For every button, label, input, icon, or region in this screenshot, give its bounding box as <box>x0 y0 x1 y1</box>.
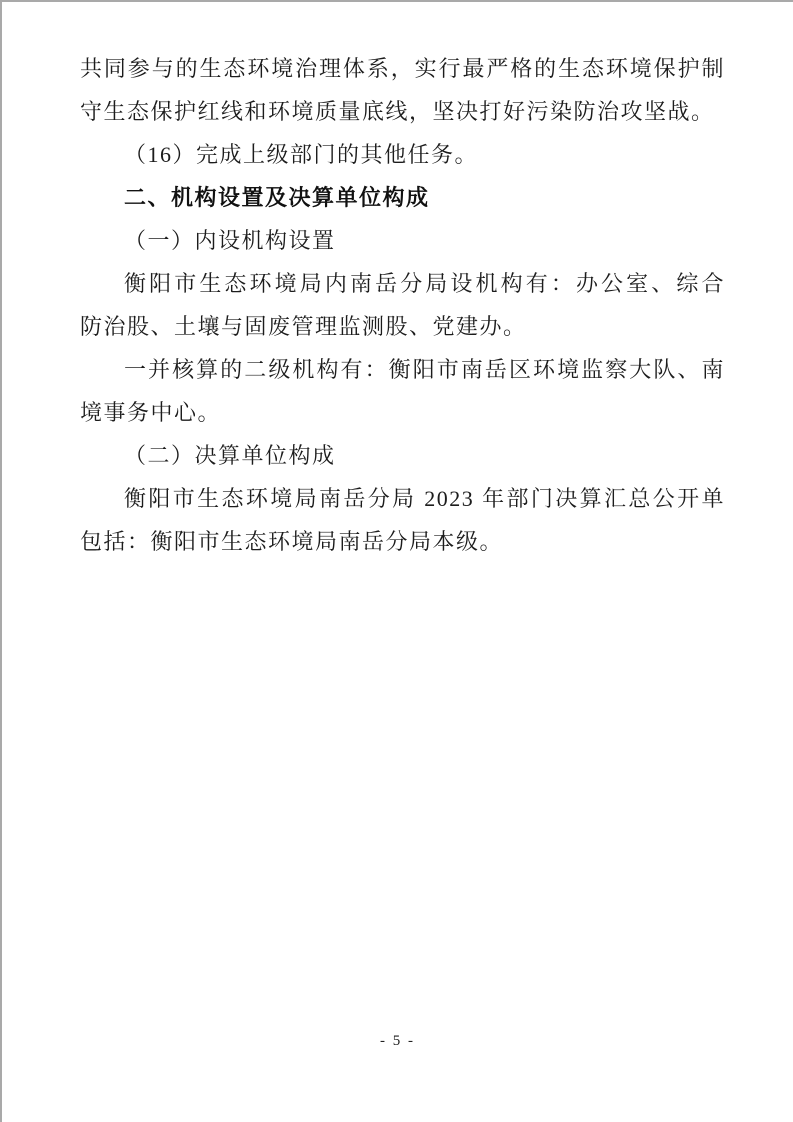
text-line: 衡阳市生态环境局内南岳分局设机构有：办公室、综合股、污染 <box>80 262 725 305</box>
page-footer: - 5 - <box>2 1032 793 1050</box>
text-line: 境事务中心。 <box>80 391 725 434</box>
paragraph: （一）内设机构设置 <box>80 219 725 262</box>
paragraph: 一并核算的二级机构有：衡阳市南岳区环境监察大队、南岳区环境事务中心。 <box>80 348 725 434</box>
text-line: 一并核算的二级机构有：衡阳市南岳区环境监察大队、南岳区环 <box>80 348 725 391</box>
text-line: 守生态保护红线和环境质量底线，坚决打好污染防治攻坚战。 <box>80 90 725 133</box>
text-line: （二）决算单位构成 <box>80 434 725 477</box>
text-line: （一）内设机构设置 <box>80 219 725 262</box>
text-line: 包括：衡阳市生态环境局南岳分局本级。 <box>80 520 725 563</box>
text-line: 二、机构设置及决算单位构成 <box>80 176 725 219</box>
document-page: 共同参与的生态环境治理体系，实行最严格的生态环境保护制度，严守生态保护红线和环境… <box>0 0 793 1122</box>
document-body: 共同参与的生态环境治理体系，实行最严格的生态环境保护制度，严守生态保护红线和环境… <box>80 47 725 563</box>
text-line: 共同参与的生态环境治理体系，实行最严格的生态环境保护制度，严 <box>80 47 725 90</box>
text-line: （16）完成上级部门的其他任务。 <box>80 133 725 176</box>
text-line: 衡阳市生态环境局南岳分局 2023 年部门决算汇总公开单位构成 <box>80 477 725 520</box>
paragraph: （16）完成上级部门的其他任务。 <box>80 133 725 176</box>
page-number: - 5 - <box>380 1033 415 1049</box>
paragraph: （二）决算单位构成 <box>80 434 725 477</box>
section-heading: 二、机构设置及决算单位构成 <box>80 176 725 219</box>
paragraph: 衡阳市生态环境局南岳分局 2023 年部门决算汇总公开单位构成包括：衡阳市生态环… <box>80 477 725 563</box>
text-line: 防治股、土壤与固废管理监测股、党建办。 <box>80 305 725 348</box>
paragraph: 共同参与的生态环境治理体系，实行最严格的生态环境保护制度，严守生态保护红线和环境… <box>80 47 725 133</box>
paragraph: 衡阳市生态环境局内南岳分局设机构有：办公室、综合股、污染防治股、土壤与固废管理监… <box>80 262 725 348</box>
